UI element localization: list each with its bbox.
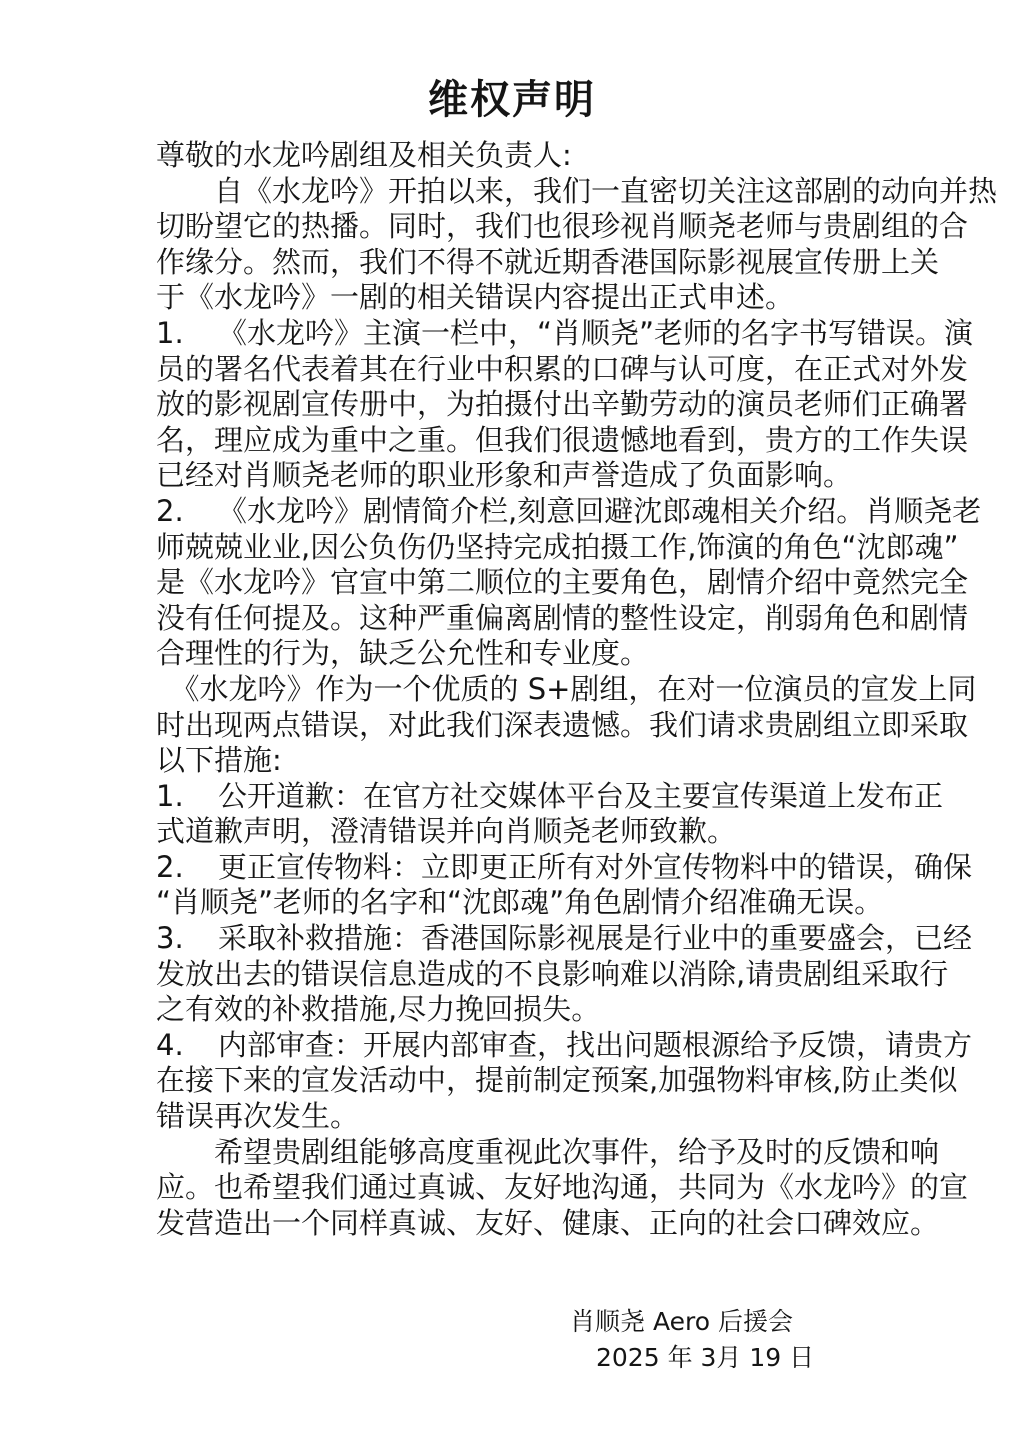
text-line: 式道歉声明，澄清错误并向肖顺尧老师致歉。 — [156, 814, 924, 850]
list-number: 1. — [156, 316, 218, 352]
line-text: 已经对肖顺尧老师的职业形象和声誉造成了负面影响。 — [156, 458, 852, 492]
text-line: 2.《水龙吟》剧情简介栏,刻意回避沈郎魂相关介绍。肖顺尧老 — [156, 494, 924, 530]
line-text: 在接下来的宣发活动中，提前制定预案,加强物料审核,防止类似 — [156, 1063, 957, 1097]
line-text: 式道歉声明，澄清错误并向肖顺尧老师致歉。 — [156, 814, 736, 848]
line-text: 之有效的补救措施,尽力挽回损失。 — [156, 992, 600, 1026]
text-line: 2.更正宣传物料：立即更正所有对外宣传物料中的错误，确保 — [156, 850, 924, 886]
signature-block: 肖顺尧 Aero 后援会 2025 年 3月 19 日 — [570, 1304, 814, 1376]
text-line: “肖顺尧”老师的名字和“沈郎魂”角色剧情介绍准确无误。 — [156, 885, 924, 921]
signature-org: 肖顺尧 Aero 后援会 — [570, 1304, 814, 1340]
list-number: 3. — [156, 921, 218, 957]
line-text: 放的影视剧宣传册中，为拍摄付出辛勤劳动的演员老师们正确署 — [156, 387, 968, 421]
text-line: 自《水龙吟》开拍以来，我们一直密切关注这部剧的动向并热 — [156, 174, 924, 210]
line-text: 更正宣传物料：立即更正所有对外宣传物料中的错误，确保 — [218, 850, 972, 884]
signature-date: 2025 年 3月 19 日 — [570, 1340, 814, 1376]
text-line: 是《水龙吟》官宣中第二顺位的主要角色，剧情介绍中竟然完全 — [156, 565, 924, 601]
text-line: 已经对肖顺尧老师的职业形象和声誉造成了负面影响。 — [156, 458, 924, 494]
document-title: 维权声明 — [0, 72, 1024, 128]
text-line: 尊敬的水龙吟剧组及相关负责人: — [156, 138, 924, 174]
line-text: 是《水龙吟》官宣中第二顺位的主要角色，剧情介绍中竟然完全 — [156, 565, 968, 599]
line-text: 以下措施: — [156, 743, 282, 777]
text-line: 错误再次发生。 — [156, 1099, 924, 1135]
text-line: 发放出去的错误信息造成的不良影响难以消除,请贵剧组采取行 — [156, 957, 924, 993]
text-line: 员的署名代表着其在行业中积累的口碑与认可度，在正式对外发 — [156, 352, 924, 388]
line-text: 采取补救措施：香港国际影视展是行业中的重要盛会，已经 — [218, 921, 972, 955]
text-line: 3.采取补救措施：香港国际影视展是行业中的重要盛会，已经 — [156, 921, 924, 957]
text-line: 合理性的行为，缺乏公允性和专业度。 — [156, 636, 924, 672]
text-line: 放的影视剧宣传册中，为拍摄付出辛勤劳动的演员老师们正确署 — [156, 387, 924, 423]
list-number: 1. — [156, 779, 218, 815]
text-line: 4.内部审查：开展内部审查，找出问题根源给予反馈，请贵方 — [156, 1028, 924, 1064]
list-number: 4. — [156, 1028, 218, 1064]
line-text: 尊敬的水龙吟剧组及相关负责人: — [156, 138, 572, 172]
line-text: 错误再次发生。 — [156, 1099, 359, 1133]
line-text: 名，理应成为重中之重。但我们很遗憾地看到，贵方的工作失误 — [156, 423, 968, 457]
text-line: 在接下来的宣发活动中，提前制定预案,加强物料审核,防止类似 — [156, 1063, 924, 1099]
text-line: 于《水龙吟》一剧的相关错误内容提出正式申述。 — [156, 280, 924, 316]
line-text: 作缘分。然而，我们不得不就近期香港国际影视展宣传册上关 — [156, 245, 939, 279]
line-text: 于《水龙吟》一剧的相关错误内容提出正式申述。 — [156, 280, 794, 314]
line-text: 内部审查：开展内部审查，找出问题根源给予反馈，请贵方 — [218, 1028, 972, 1062]
text-line: 希望贵剧组能够高度重视此次事件，给予及时的反馈和响 — [156, 1135, 924, 1171]
text-line: 1.《水龙吟》主演一栏中，“肖顺尧”老师的名字书写错误。演 — [156, 316, 924, 352]
line-text: 没有任何提及。这种严重偏离剧情的整性设定，削弱角色和剧情 — [156, 601, 968, 635]
text-line: 应。也希望我们通过真诚、友好地沟通，共同为《水龙吟》的宣 — [156, 1170, 924, 1206]
line-text: 合理性的行为，缺乏公允性和专业度。 — [156, 636, 649, 670]
text-line: 之有效的补救措施,尽力挽回损失。 — [156, 992, 924, 1028]
line-text: 《水龙吟》主演一栏中，“肖顺尧”老师的名字书写错误。演 — [218, 316, 973, 350]
text-line: 师兢兢业业,因公负伤仍坚持完成拍摄工作,饰演的角色“沈郎魂” — [156, 530, 924, 566]
line-text: 发营造出一个同样真诚、友好、健康、正向的社会口碑效应。 — [156, 1206, 939, 1240]
line-text: 师兢兢业业,因公负伤仍坚持完成拍摄工作,饰演的角色“沈郎魂” — [156, 530, 959, 564]
text-line: 《水龙吟》作为一个优质的 S+剧组，在对一位演员的宣发上同 — [156, 672, 924, 708]
line-text: 自《水龙吟》开拍以来，我们一直密切关注这部剧的动向并热 — [156, 174, 997, 208]
line-text: 《水龙吟》作为一个优质的 S+剧组，在对一位演员的宣发上同 — [156, 672, 976, 706]
text-line: 作缘分。然而，我们不得不就近期香港国际影视展宣传册上关 — [156, 245, 924, 281]
list-number: 2. — [156, 850, 218, 886]
text-line: 以下措施: — [156, 743, 924, 779]
line-text: 希望贵剧组能够高度重视此次事件，给予及时的反馈和响 — [156, 1135, 939, 1169]
line-text: 员的署名代表着其在行业中积累的口碑与认可度，在正式对外发 — [156, 352, 968, 386]
text-line: 没有任何提及。这种严重偏离剧情的整性设定，削弱角色和剧情 — [156, 601, 924, 637]
line-text: 公开道歉：在官方社交媒体平台及主要宣传渠道上发布正 — [218, 779, 943, 813]
line-text: 发放出去的错误信息造成的不良影响难以消除,请贵剧组采取行 — [156, 957, 948, 991]
line-text: 应。也希望我们通过真诚、友好地沟通，共同为《水龙吟》的宣 — [156, 1170, 968, 1204]
list-number: 2. — [156, 494, 218, 530]
text-line: 时出现两点错误，对此我们深表遗憾。我们请求贵剧组立即采取 — [156, 708, 924, 744]
text-line: 名，理应成为重中之重。但我们很遗憾地看到，贵方的工作失误 — [156, 423, 924, 459]
line-text: 时出现两点错误，对此我们深表遗憾。我们请求贵剧组立即采取 — [156, 708, 968, 742]
text-line: 切盼望它的热播。同时，我们也很珍视肖顺尧老师与贵剧组的合 — [156, 209, 924, 245]
text-line: 1.公开道歉：在官方社交媒体平台及主要宣传渠道上发布正 — [156, 779, 924, 815]
line-text: 切盼望它的热播。同时，我们也很珍视肖顺尧老师与贵剧组的合 — [156, 209, 968, 243]
line-text: “肖顺尧”老师的名字和“沈郎魂”角色剧情介绍准确无误。 — [156, 885, 883, 919]
statement-body: 尊敬的水龙吟剧组及相关负责人: 自《水龙吟》开拍以来，我们一直密切关注这部剧的动… — [156, 138, 924, 1241]
line-text: 《水龙吟》剧情简介栏,刻意回避沈郎魂相关介绍。肖顺尧老 — [218, 494, 981, 528]
text-line: 发营造出一个同样真诚、友好、健康、正向的社会口碑效应。 — [156, 1206, 924, 1242]
